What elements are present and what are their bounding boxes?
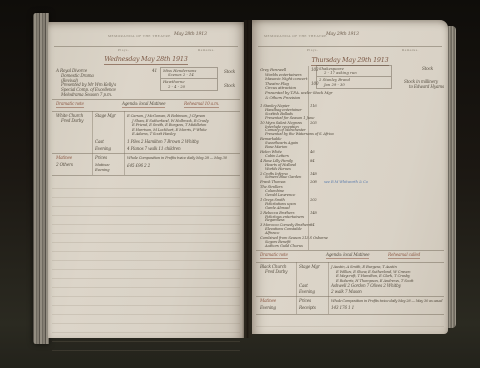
right-section-rule-2 [256, 262, 444, 263]
list-item: 10 Myra Salest NegressInterlude receptio… [260, 121, 430, 137]
left-figures: £45 £96 2 2 [127, 164, 150, 169]
list-item: RemarkableSweethearts AgainRose Marion [260, 137, 430, 149]
left-blank-ruling [52, 180, 240, 352]
list-item: 4 Rose Lilly FamilyHearts of HollandWorl… [260, 159, 430, 171]
left-section-rule-4 [52, 175, 240, 176]
list-item: 1 Greys SmithFelicitations uponGarde Abr… [260, 198, 430, 210]
left-programme-block: A Royal DivorceDomestic Drama(Revival)Pr… [56, 69, 116, 98]
left-entry-2: Hawthorne2 - 4 - 20 [161, 78, 217, 89]
right-header-date: May 29th 1913 [326, 32, 359, 37]
left-grid-vline-1 [92, 111, 93, 175]
right-rehearsal-label: Dramatic note [260, 253, 288, 258]
right-stage-mgr-names: J Austin, A Smith, E Burgess, T AustinE … [331, 265, 413, 283]
left-stage-mgr-label: Stage Mgr [95, 114, 116, 119]
left-header-rule [54, 46, 238, 47]
item-number: 208 [310, 180, 317, 184]
right-section-rule-1 [256, 250, 444, 251]
right-figures: 143 176 1 1 [331, 306, 354, 311]
left-grid-vline-2 [124, 111, 125, 175]
right-col-label-plays: Plays. [307, 48, 318, 52]
left-evening-label: Evening [95, 147, 111, 152]
list-item: 2 Rebecca BrothersFelicitous entertainer… [260, 211, 430, 223]
right-boxoffice-label-2: Evening [260, 306, 276, 311]
left-stock-note-1: Stock [224, 70, 235, 75]
page-edges-left [33, 13, 49, 344]
left-stage-mgr-names: E Carson, J McGowan, R Robinson, J Clyma… [127, 114, 209, 137]
left-header-title: MEMORANDA OF THE THEATRE [108, 34, 171, 38]
right-entry-1: Shakespeare2 - 17 asking run [317, 66, 391, 76]
right-company-title: Black ChurchFred Darby [260, 265, 287, 275]
item-number: 148 [310, 211, 317, 215]
list-item: Helen WhiteCabin Letters46 [260, 150, 430, 158]
list-item: Combined from Season 213 S OsborneSegars… [260, 236, 430, 248]
right-stock-note-1: Stock [422, 67, 433, 72]
left-stock-note-2: Stock [224, 84, 235, 89]
left-evening-value: 4 Pianos 7 walk 11 children [127, 147, 180, 152]
right-entry-2: 2 Stanley BrandJan 29 - 30 [317, 76, 391, 87]
right-grid-vline-1 [296, 262, 297, 314]
left-boxoffice-label-2: 2 Others [56, 163, 73, 168]
right-grid-vline-2 [328, 262, 329, 314]
right-evening-label: Evening [299, 290, 315, 295]
list-item: 2 Crofts InfernoSomers Blue Garden148 [260, 172, 430, 180]
right-cast-value: Ashwell 2 Gordon 7 Olives 2 Whitby [331, 284, 401, 289]
left-section-rule-3 [52, 153, 240, 154]
ledger-book: MEMORANDA OF THE THEATRE May 28th 1913 P… [0, 0, 480, 368]
right-day-heading: Thursday May 29th 1913 [252, 56, 448, 64]
right-col-label-remarks: Remarks. [402, 48, 419, 52]
list-item: Frank Thomas208see R M Whitworth & Co [260, 180, 430, 184]
item-number: 116 [310, 104, 317, 108]
right-receipts-label: Receipts [299, 306, 316, 311]
page-edges-right [448, 26, 456, 328]
right-blank-ruling [256, 318, 444, 330]
right-header-rule [258, 46, 442, 47]
right-header-title: MEMORANDA OF THE THEATRE [264, 34, 327, 38]
left-programme-ref: 41 [152, 69, 157, 74]
right-rehearsal-agenda: Agenda: local Matinee [326, 253, 369, 258]
list-item: 1 Stanley NapierHandbag entertainerScott… [260, 104, 430, 120]
left-prices-label: Prices [95, 156, 107, 161]
right-section-rule-3 [256, 296, 444, 297]
left-sub-evening: Evening [95, 168, 109, 172]
left-entry-box: Miss HendersonsScenes 2 - 14 Hawthorne2 … [160, 67, 218, 91]
blue-annotation: see R M Whitworth & Co [324, 180, 368, 184]
left-boxoffice-label-1: Matinee [56, 156, 72, 161]
right-page: MEMORANDA OF THE THEATRE May 29th 1913 P… [252, 20, 448, 334]
left-col-label-remarks: Remarks. [198, 48, 215, 52]
item-number: 84 [310, 223, 314, 227]
right-evening-value: 2 walk 7 Mason [331, 290, 362, 295]
right-prices-value: Whole Composition in Profits twice daily… [331, 299, 442, 303]
left-cast-value: 1 Piles 2 Hamilton 7 Brown 2 Whitby [127, 140, 199, 145]
left-entry-1: Miss HendersonsScenes 2 - 14 [161, 68, 217, 78]
left-col-label-plays: Plays. [118, 48, 129, 52]
right-section-rule-4 [256, 314, 444, 315]
item-number: 46 [310, 150, 314, 154]
left-section-rule-2 [52, 111, 240, 112]
right-prices-label: Prices [299, 299, 311, 304]
left-section-rule-1 [52, 99, 240, 100]
list-item-blue-ink: The StrollersColumbineGerald Lawrence [260, 185, 430, 197]
item-number: 84 [310, 159, 314, 163]
left-company-title: White ChurchFred Darby [56, 114, 83, 124]
left-day-heading: Wednesday May 28th 1913 [48, 55, 244, 63]
left-cast-label: Cast [95, 140, 104, 145]
left-header-date: May 28th 1913 [174, 32, 207, 37]
item-number: 203 [310, 121, 317, 125]
right-rehearsal-call: Rehearsal called [388, 253, 420, 258]
right-cast-label: Cast [299, 284, 308, 289]
item-number: 148 [310, 172, 317, 176]
photo-background: MEMORANDA OF THE THEATRE May 28th 1913 P… [0, 0, 480, 368]
left-prices-value: Whole Composition in Profits twice daily… [127, 156, 227, 160]
right-boxoffice-label-1: Matinee [260, 299, 276, 304]
right-stock-note-2: Stock in millineryto Edward Hyams [404, 80, 444, 89]
left-rehearsal-call: Rehearsal 10 a.m. [184, 102, 219, 107]
left-rehearsal-label: Dramatic note [56, 102, 84, 107]
item-number: 202 [310, 198, 317, 202]
right-stage-mgr-label: Stage Mgr [299, 265, 320, 270]
left-rehearsal-agenda: Agenda: local Matinee [122, 102, 165, 107]
left-page: MEMORANDA OF THE THEATRE May 28th 1913 P… [48, 22, 244, 338]
list-item: 3 Morocco Comedy BrothersElevations Cons… [260, 223, 430, 235]
right-plays-list: 1 Stanley NapierHandbag entertainerScott… [260, 104, 430, 249]
right-entry-box: Shakespeare2 - 17 asking run 2 Stanley B… [316, 65, 392, 89]
